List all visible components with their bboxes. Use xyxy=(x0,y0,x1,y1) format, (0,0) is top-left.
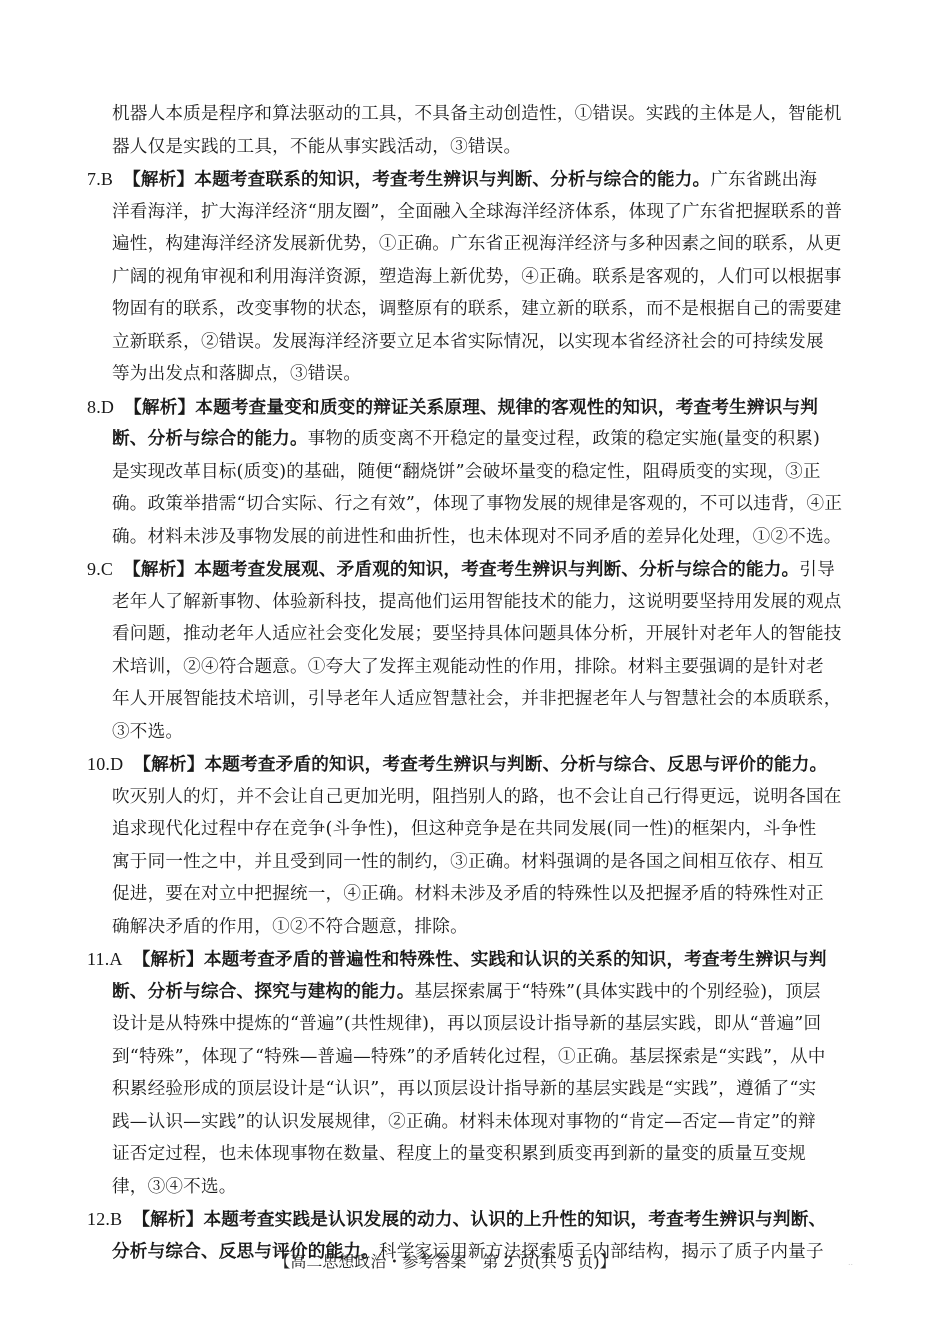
question-intro: 本题考查实践是认识发展的动力、认识的上升性的知识，考查考生辨识与判断、 xyxy=(204,1210,827,1230)
text-line: 遍性，构建海洋经济发展新优势，①正确。广东省正视海洋经济与多种因素之间的联系，从… xyxy=(87,228,863,261)
question-8: 8.D【解析】本题考查量变和质变的辩证关系原理、规律的客观性的知识，考查考生辨识… xyxy=(87,391,863,554)
text: 事物的质变离不开稳定的量变过程，政策的稳定实施(量变的积累) xyxy=(308,429,820,449)
text-line: 年人开展智能技术培训，引导老年人适应智慧社会，并非把握老年人与智慧社会的本质联系… xyxy=(87,683,863,716)
question-number: 11.A xyxy=(87,949,123,969)
question-number: 8.D xyxy=(87,397,114,417)
analysis-label: 【解析】 xyxy=(124,398,195,418)
text-line: 老年人了解新事物、体验新科技，提高他们运用智能技术的能力，这说明要坚持用发展的观… xyxy=(87,586,863,619)
analysis-label: 【解析】 xyxy=(133,950,204,970)
scan-mark: .. xyxy=(848,1258,853,1267)
question-7: 7.B【解析】本题考查联系的知识，考查考生辨识与判断、分析与综合的能力。广东省跳… xyxy=(87,163,863,391)
text-line: 寓于同一性之中，并且受到同一性的制约，③正确。材料强调的是各国之间相互依存、相互 xyxy=(87,846,863,879)
text-line: 物固有的联系，改变事物的状态，调整原有的联系，建立新的联系，而不是根据自己的需要… xyxy=(87,293,863,326)
text-line: 到“特殊”，体现了“特殊—普遍—特殊”的矛盾转化过程，①正确。基层探索是“实践”… xyxy=(87,1041,863,1074)
text: 引导 xyxy=(799,560,835,580)
text-line: 广阔的视角审视和利用海洋资源，塑造海上新优势，④正确。联系是客观的，人们可以根据… xyxy=(87,261,863,294)
text-line: 吹灭别人的灯，并不会让自己更加光明，阻挡别人的路，也不会让自己行得更远，说明各国… xyxy=(87,781,863,814)
analysis-label: 【解析】 xyxy=(133,755,204,775)
text: 广东省跳出海 xyxy=(710,170,817,190)
text-line: 立新联系，②错误。发展海洋经济要立足本省实际情况，以实现本省经济社会的可持续发展 xyxy=(87,326,863,359)
text-line: 积累经验形成的顶层设计是“认识”，再以顶层设计指导新的基层实践是“实践”，遵循了… xyxy=(87,1073,863,1106)
question-11: 11.A【解析】本题考查矛盾的普遍性和特殊性、实践和认识的关系的知识，考查考生辨… xyxy=(87,943,863,1203)
text-line: 律，③④不选。 xyxy=(87,1171,863,1204)
question-intro: 本题考查量变和质变的辩证关系原理、规律的客观性的知识，考查考生辨识与判 xyxy=(195,398,818,418)
question-intro-cont: 断、分析与综合、探究与建构的能力。 xyxy=(112,982,415,1002)
text-line: 践—认识—实践”的认识发展规律，②正确。材料未体现对事物的“肯定—否定—肯定”的… xyxy=(87,1106,863,1139)
page-footer: 【高二思想政治・参考答案 第 2 页(共 5 页)】 xyxy=(0,1249,950,1272)
analysis-label: 【解析】 xyxy=(132,1210,203,1230)
question-intro-cont: 断、分析与综合的能力。 xyxy=(112,429,308,449)
text-line: 术培训，②④符合题意。①夸大了发挥主观能动性的作用，排除。材料主要强调的是针对老 xyxy=(87,651,863,684)
text-line: 设计是从特殊中提炼的“普遍”(共性规律)，再以顶层设计指导新的基层实践，即从“普… xyxy=(87,1008,863,1041)
text-line: 确。材料未涉及事物发展的前进性和曲折性，也未体现对不同矛盾的差异化处理，①②不选… xyxy=(87,521,863,554)
text-line: 机器人本质是程序和算法驱动的工具，不具备主动创造性，①错误。实践的主体是人，智能… xyxy=(87,98,863,131)
question-number: 10.D xyxy=(87,754,123,774)
question-9: 9.C【解析】本题考查发展观、矛盾观的知识，考查考生辨识与判断、分析与综合的能力… xyxy=(87,553,863,748)
text-line: 等为出发点和落脚点，③错误。 xyxy=(87,358,863,391)
question-intro: 本题考查发展观、矛盾观的知识，考查考生辨识与判断、分析与综合的能力。 xyxy=(194,560,799,580)
text-line: 器人仅是实践的工具，不能从事实践活动，③错误。 xyxy=(87,131,863,164)
analysis-label: 【解析】 xyxy=(123,170,194,190)
text-line: 洋看海洋，扩大海洋经济“朋友圈”，全面融入全球海洋经济体系，体现了广东省把握联系… xyxy=(87,196,863,229)
text-line: 看问题，推动老年人适应社会变化发展；要坚持具体问题具体分析，开展针对老年人的智能… xyxy=(87,618,863,651)
text-line: 追求现代化过程中存在竞争(斗争性)，但这种竞争是在共同发展(同一性)的框架内，斗… xyxy=(87,813,863,846)
text-line: 是实现改革目标(质变)的基础，随便“翻烧饼”会破坏量变的稳定性，阻碍质变的实现，… xyxy=(87,456,863,489)
text-line: 证否定过程，也未体现事物在数量、程度上的量变积累到质变再到新的量变的质量互变规 xyxy=(87,1138,863,1171)
question-intro: 本题考查联系的知识，考查考生辨识与判断、分析与综合的能力。 xyxy=(194,170,710,190)
text-line: ③不选。 xyxy=(87,716,863,749)
text-line: 确。政策举措需“切合实际、行之有效”，体现了事物发展的规律是客观的，不可以违背，… xyxy=(87,488,863,521)
answer-page: 机器人本质是程序和算法驱动的工具，不具备主动创造性，①错误。实践的主体是人，智能… xyxy=(87,98,863,1268)
text: 基层探索属于“特殊”(具体实践中的个别经验)，顶层 xyxy=(415,982,821,1002)
question-intro: 本题考查矛盾的知识，考查考生辨识与判断、分析与综合、反思与评价的能力。 xyxy=(205,755,828,775)
text-line: 促进，要在对立中把握统一，④正确。材料未涉及矛盾的特殊性以及把握矛盾的特殊性对正 xyxy=(87,878,863,911)
analysis-label: 【解析】 xyxy=(123,560,194,580)
question-number: 7.B xyxy=(87,169,113,189)
question-10: 10.D【解析】本题考查矛盾的知识，考查考生辨识与判断、分析与综合、反思与评价的… xyxy=(87,748,863,943)
question-number: 12.B xyxy=(87,1209,122,1229)
text-line: 确解决矛盾的作用，①②不符合题意，排除。 xyxy=(87,911,863,944)
question-intro: 本题考查矛盾的普遍性和特殊性、实践和认识的关系的知识，考查考生辨识与判 xyxy=(204,950,827,970)
question-number: 9.C xyxy=(87,559,113,579)
footer-text: 【高二思想政治・参考答案 第 2 页(共 5 页)】 xyxy=(274,1252,615,1271)
